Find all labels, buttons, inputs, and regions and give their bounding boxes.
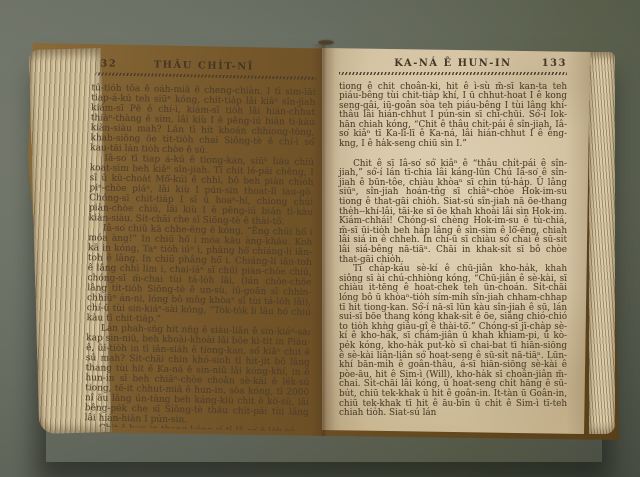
open-book: 132 THÂU CHI̍T-NÎ tú-tio̍h tōa ê oa̍h-mi… — [28, 36, 620, 444]
page-edge-stack-right — [589, 52, 615, 434]
photo-background: 132 THÂU CHI̍T-NÎ tú-tio̍h tōa ê oa̍h-mi… — [0, 0, 640, 477]
right-page-number: 133 — [531, 58, 567, 69]
right-header-rule — [339, 72, 567, 75]
right-page: KA-NÁ Ê HUN-IN 133 tiong ê chit choân-ki… — [322, 48, 590, 434]
right-page-text: tiong ê chit choân-ki, hit ê ì-sù m̄-sī … — [339, 83, 567, 419]
left-page-text: tú-tio̍h tōa ê oa̍h-miā ê cheng-chiàn. I… — [84, 83, 315, 432]
gutter-stain — [318, 40, 334, 45]
left-running-title: THÂU CHI̍T-NÎ — [128, 59, 280, 73]
paragraph: Tī cha̍p-káu sè-kí ê chū-jiân kho-ha̍k, … — [339, 265, 567, 419]
paragraph: Lán phah-sn̄g hit nn̄g ê siàu-liân ê sin… — [84, 323, 310, 428]
paragraph: Iâ-so͘ chiū kā chhe-ēng ê kóng, “Ēng chú… — [87, 223, 313, 328]
paragraph: Chit ê sī Iâ-so͘ só͘ kiâⁿ ê “thâu chi̍t-… — [339, 160, 567, 266]
paragraph: Iâ-so͘ tī tiap á-kú ê tiong-kan, siūⁿ li… — [89, 153, 314, 228]
paragraph: tiong ê chit choân-ki, hit ê ì-sù m̄-sī … — [339, 83, 567, 150]
ink-speck — [307, 327, 310, 330]
right-running-title: KA-NÁ Ê HUN-IN — [375, 58, 531, 69]
paragraph: tú-tio̍h tōa ê oa̍h-miā ê cheng-chiàn. I… — [90, 83, 315, 158]
left-page: 132 THÂU CHI̍T-NÎ tú-tio̍h tōa ê oa̍h-mi… — [78, 46, 322, 432]
left-header-spacer — [280, 70, 316, 71]
right-page-header: KA-NÁ Ê HUN-IN 133 — [339, 58, 567, 69]
